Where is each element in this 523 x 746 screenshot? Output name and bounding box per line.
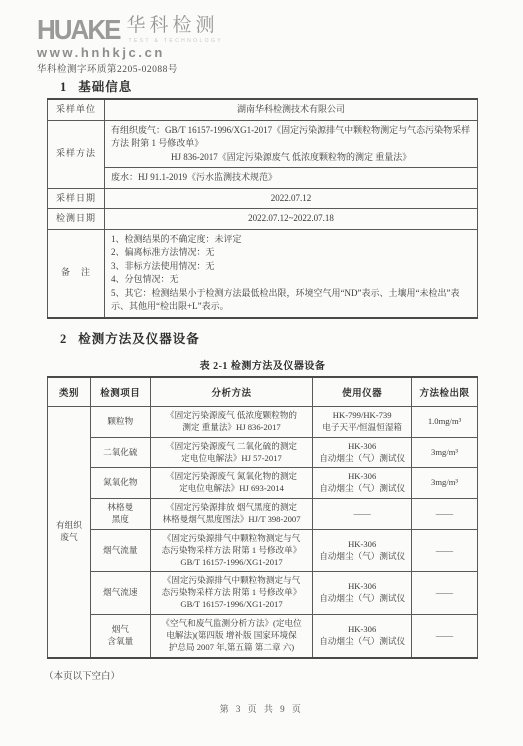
section-1-title: 基础信息 bbox=[78, 80, 132, 94]
limit-cell: —— bbox=[412, 529, 478, 572]
section-2-heading: 2检测方法及仪器设备 bbox=[60, 329, 200, 347]
col-header-item: 检测项目 bbox=[90, 377, 150, 407]
remark-line: 4、分包情况：无 bbox=[111, 273, 471, 287]
section-1-heading: 1基础信息 bbox=[60, 77, 132, 95]
item-cell: 颗粒物 bbox=[90, 407, 150, 438]
sampling-method-row-gas: 采样方法 有组织废气：GB/T 16157-1996/XG1-2017《固定污染… bbox=[48, 120, 478, 168]
document-page: HUAKE 华科检测 TEST & TECHNOLOGY www.hnhkjc.… bbox=[0, 0, 523, 746]
company-logo: HUAKE 华科检测 TEST & TECHNOLOGY www.hnhkjc.… bbox=[37, 15, 223, 60]
basic-info-table: 采样单位 湖南华科检测技术有限公司 采样方法 有组织废气：GB/T 16157-… bbox=[47, 98, 478, 319]
item-cell: 烟气 含氧量 bbox=[90, 615, 150, 658]
table-row: 有组织 废气 颗粒物 《固定污染源废气 低浓度颗粒物的 测定 重量法》HJ 83… bbox=[48, 407, 478, 438]
section-2-title: 检测方法及仪器设备 bbox=[78, 332, 200, 346]
col-header-method: 分析方法 bbox=[150, 377, 313, 407]
method-cell: 《固定污染源废气 低浓度颗粒物的 测定 重量法》HJ 836-2017 bbox=[150, 407, 313, 438]
remark-line: 1、检测结果的不确定度：未评定 bbox=[111, 233, 471, 247]
col-header-limit: 方法检出限 bbox=[412, 377, 478, 407]
sampling-method-gas-cell: 有组织废气：GB/T 16157-1996/XG1-2017《固定污染源排气中颗… bbox=[105, 120, 478, 168]
method-cell: 《固定污染源排气中颗粒物测定与气 态污染物采样方法 附第 1 号修改单》 GB/… bbox=[150, 572, 313, 615]
sampling-method-gas-line1: 有组织废气：GB/T 16157-1996/XG1-2017《固定污染源排气中颗… bbox=[111, 124, 471, 151]
sampling-method-label: 采样方法 bbox=[48, 120, 105, 188]
website-url: www.hnhkjc.cn bbox=[37, 45, 223, 60]
limit-cell: —— bbox=[412, 615, 478, 658]
logo-chinese-text: 华科检测 bbox=[126, 15, 223, 37]
item-cell: 二氧化硫 bbox=[90, 437, 150, 468]
limit-cell: —— bbox=[412, 572, 478, 615]
method-cell: 《空气和废气监测分析方法》(定电位 电解法)(第四版 增补版 国家环境保 护总局… bbox=[150, 615, 313, 658]
table-row: 二氧化硫 《固定污染源废气 二氧化硫的测定 定电位电解法》HJ 57-2017 … bbox=[48, 437, 478, 468]
logo-tagline-text: TEST & TECHNOLOGY bbox=[126, 38, 223, 44]
methods-header-row: 类别 检测项目 分析方法 使用仪器 方法检出限 bbox=[48, 377, 478, 407]
item-cell: 烟气流速 bbox=[90, 572, 150, 615]
sampling-method-water-cell: 废水：HJ 91.1-2019《污水监测技术规范》 bbox=[105, 168, 478, 189]
item-cell: 烟气流量 bbox=[90, 529, 150, 572]
table-row: 烟气 含氧量 《空气和废气监测分析方法》(定电位 电解法)(第四版 增补版 国家… bbox=[48, 615, 478, 658]
sampling-date-value: 2022.07.12 bbox=[105, 188, 478, 209]
table-row: 氮氧化物 《固定污染源废气 氮氧化物的测定 定电位电解法》HJ 693-2014… bbox=[48, 468, 478, 499]
logo-row: HUAKE 华科检测 TEST & TECHNOLOGY bbox=[37, 15, 223, 44]
sampling-method-row-water: 废水：HJ 91.1-2019《污水监测技术规范》 bbox=[48, 168, 478, 189]
remarks-row: 备 注 1、检测结果的不确定度：未评定 2、偏离标准方法情况：无 3、非标方法使… bbox=[48, 229, 478, 318]
sampling-unit-label: 采样单位 bbox=[48, 99, 105, 120]
col-header-instrument: 使用仪器 bbox=[313, 377, 412, 407]
remark-line: 2、偏离标准方法情况：无 bbox=[111, 246, 471, 260]
instrument-cell: HK-306 自动烟尘（气）测试仪 bbox=[313, 572, 412, 615]
limit-cell: 3mg/m³ bbox=[412, 437, 478, 468]
limit-cell: 3mg/m³ bbox=[412, 468, 478, 499]
logo-latin-text: HUAKE bbox=[37, 15, 119, 43]
category-cell: 有组织 废气 bbox=[48, 407, 91, 658]
remark-line: 3、非标方法使用情况：无 bbox=[111, 260, 471, 274]
test-date-row: 检测日期 2022.07.12~2022.07.18 bbox=[48, 209, 478, 230]
sampling-date-label: 采样日期 bbox=[48, 188, 105, 209]
instrument-cell: —— bbox=[313, 499, 412, 530]
item-cell: 氮氧化物 bbox=[90, 468, 150, 499]
remarks-cell: 1、检测结果的不确定度：未评定 2、偏离标准方法情况：无 3、非标方法使用情况：… bbox=[105, 229, 478, 318]
instrument-cell: HK-306 自动烟尘（气）测试仪 bbox=[313, 437, 412, 468]
section-2-number: 2 bbox=[60, 332, 67, 346]
instrument-cell: HK-799/HK-739 电子天平/恒温恒湿箱 bbox=[313, 407, 412, 438]
remark-line: 5、其它：检测结果小于检测方法最低检出限，环境空气用“ND”表示、土壤用“未检出… bbox=[111, 287, 471, 314]
method-cell: 《固定污染源排放 烟气黑度的测定 林格曼烟气黑度图法》HJ/T 398-2007 bbox=[150, 499, 313, 530]
methods-table: 类别 检测项目 分析方法 使用仪器 方法检出限 有组织 废气 颗粒物 《固定污染… bbox=[47, 376, 478, 659]
document-number: 华科检测字环质第2205-02088号 bbox=[37, 61, 178, 75]
instrument-cell: HK-306 自动烟尘（气）测试仪 bbox=[313, 529, 412, 572]
method-cell: 《固定污染源废气 氮氧化物的测定 定电位电解法》HJ 693-2014 bbox=[150, 468, 313, 499]
table-row: 烟气流速 《固定污染源排气中颗粒物测定与气 态污染物采样方法 附第 1 号修改单… bbox=[48, 572, 478, 615]
col-header-category: 类别 bbox=[48, 377, 91, 407]
table-row: 烟气流量 《固定污染源排气中颗粒物测定与气 态污染物采样方法 附第 1 号修改单… bbox=[48, 529, 478, 572]
method-cell: 《固定污染源排气中颗粒物测定与气 态污染物采样方法 附第 1 号修改单》 GB/… bbox=[150, 529, 313, 572]
methods-table-caption: 表 2-1 检测方法及仪器设备 bbox=[47, 357, 478, 372]
item-cell: 林格曼 黑度 bbox=[90, 499, 150, 530]
remarks-label: 备 注 bbox=[48, 229, 105, 318]
sampling-unit-value: 湖南华科检测技术有限公司 bbox=[105, 99, 478, 120]
method-cell: 《固定污染源废气 二氧化硫的测定 定电位电解法》HJ 57-2017 bbox=[150, 437, 313, 468]
sampling-date-row: 采样日期 2022.07.12 bbox=[48, 188, 478, 209]
table-row: 林格曼 黑度 《固定污染源排放 烟气黑度的测定 林格曼烟气黑度图法》HJ/T 3… bbox=[48, 499, 478, 530]
instrument-cell: HK-306 自动烟尘（气）测试仪 bbox=[313, 468, 412, 499]
logo-cn-wrap: 华科检测 TEST & TECHNOLOGY bbox=[126, 15, 223, 44]
page-number: 第 3 页 共 9 页 bbox=[0, 702, 523, 715]
test-date-value: 2022.07.12~2022.07.18 bbox=[105, 209, 478, 230]
sampling-method-gas-line2: HJ 836-2017《固定污染源废气 低浓度颗粒物的测定 重量法》 bbox=[111, 151, 471, 165]
section-1-number: 1 bbox=[60, 80, 67, 94]
instrument-cell: HK-306 自动烟尘（气）测试仪 bbox=[313, 615, 412, 658]
limit-cell: —— bbox=[412, 499, 478, 530]
blank-below-note: （本页以下空白） bbox=[44, 668, 120, 682]
test-date-label: 检测日期 bbox=[48, 209, 105, 230]
sampling-unit-row: 采样单位 湖南华科检测技术有限公司 bbox=[48, 99, 478, 120]
limit-cell: 1.0mg/m³ bbox=[412, 407, 478, 438]
